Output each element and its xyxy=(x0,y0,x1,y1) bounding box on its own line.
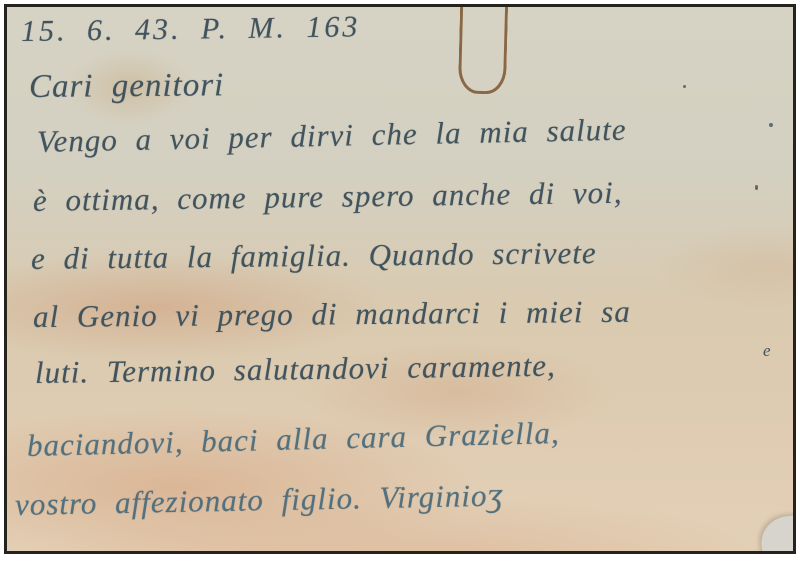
ink-speck xyxy=(769,123,773,127)
letter-line: Vengo a voi per dirvi che la mia salute xyxy=(37,113,627,159)
scanned-postcard: 15. 6. 43. P. M. 163 Cari genitori Vengo… xyxy=(0,0,800,564)
letter-line-signature: vostro affezionato figlio. Virginioʒ xyxy=(15,477,503,524)
letter-line: al Genio vi prego di mandarci i miei sa xyxy=(33,295,631,334)
postcard-paper: 15. 6. 43. P. M. 163 Cari genitori Vengo… xyxy=(4,4,796,554)
salutation: Cari genitori xyxy=(29,67,225,105)
signature-flourish-mark: ʒ xyxy=(487,477,503,514)
letter-line: luti. Termino salutandovi caramente, xyxy=(35,349,556,390)
ink-speck xyxy=(755,185,758,190)
letter-line: è ottima, come pure spero anche di voi, xyxy=(33,176,623,218)
letter-line: e di tutta la famiglia. Quando scrivete xyxy=(31,236,597,276)
worn-corner xyxy=(759,515,796,554)
superscript-correction-mark: e xyxy=(763,341,771,361)
paperclip-rust-mark xyxy=(458,4,508,95)
letter-line: baciandovi, baci alla cara Graziella, xyxy=(27,416,560,463)
ink-speck xyxy=(683,85,686,88)
date-header: 15. 6. 43. P. M. 163 xyxy=(21,10,361,48)
signature-text: vostro affezionato figlio. Virginio xyxy=(15,478,488,522)
